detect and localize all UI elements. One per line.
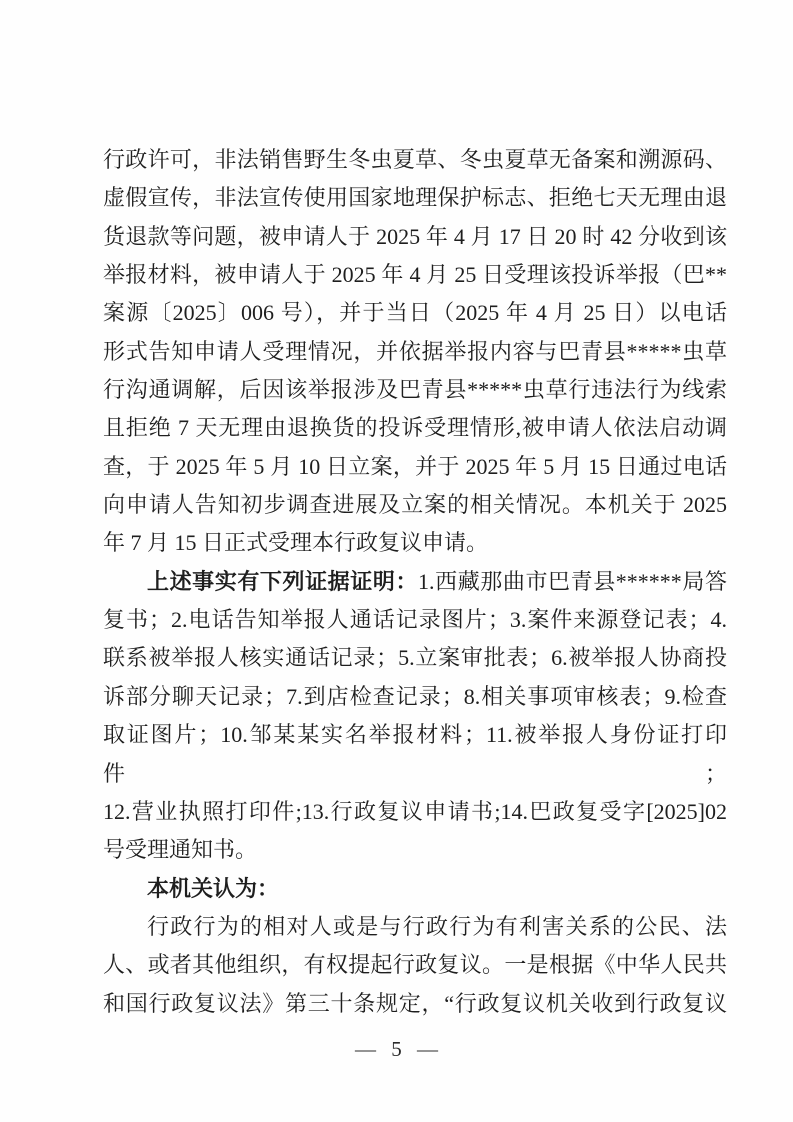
para1-line: 虚假宣传，非法宣传使用国家地理保护标志、拒绝七天无理由退 (103, 179, 727, 217)
para1-line-last: 年 7 月 15 日正式受理本行政复议申请。 (103, 524, 727, 562)
para1-line: 形式告知申请人受理情况，并依据举报内容与巴青县*****虫草 (103, 333, 727, 371)
para1-line: 向申请人告知初步调查进展及立案的相关情况。本机关于 2025 (103, 486, 727, 524)
document-body: 行政许可，非法销售野生冬虫夏草、冬虫夏草无备案和溯源码、 虚假宣传，非法宣传使用… (103, 141, 727, 1023)
page-number: — 5 — (0, 1034, 793, 1064)
evidence-line: 联系被举报人核实通话记录；5.立案审批表；6.被举报人协商投 (103, 639, 727, 677)
evidence-line-last: 号受理通知书。 (103, 831, 727, 869)
analysis-line: 人、或者其他组织，有权提起行政复议。一是根据《中华人民共 (103, 946, 727, 984)
para1-line: 查，于 2025 年 5 月 10 日立案，并于 2025 年 5 月 15 日… (103, 448, 727, 486)
para1-line: 行沟通调解，后因该举报涉及巴青县*****虫草行违法行为线索 (103, 371, 727, 409)
evidence-line: 诉部分聊天记录；7.到店检查记录；8.相关事项审核表；9.检查 (103, 678, 727, 716)
document-page: 行政许可，非法销售野生冬虫夏草、冬虫夏草无备案和溯源码、 虚假宣传，非法宣传使用… (0, 0, 793, 1122)
analysis-line: 和国行政复议法》第三十条规定，“行政复议机关收到行政复议 (103, 985, 727, 1023)
para1-line: 且拒绝 7 天无理由退换货的投诉受理情形,被申请人依法启动调 (103, 409, 727, 447)
evidence-items-start: 1.西藏那曲市巴青县******局答 (418, 569, 727, 594)
evidence-line: 12.营业执照打印件;13.行政复议申请书;14.巴政复受字[2025]02 (103, 793, 727, 831)
evidence-line: 复书；2.电话告知举报人通话记录图片；3.案件来源登记表；4. (103, 601, 727, 639)
para1-line: 行政许可，非法销售野生冬虫夏草、冬虫夏草无备案和溯源码、 (103, 141, 727, 179)
para1-line: 举报材料，被申请人于 2025 年 4 月 25 日受理该投诉举报（巴** (103, 256, 727, 294)
para1-line: 货退款等问题，被申请人于 2025 年 4 月 17 日 20 时 42 分收到… (103, 218, 727, 256)
evidence-line-first: 上述事实有下列证据证明：1.西藏那曲市巴青县******局答 (103, 563, 727, 601)
evidence-line: 取证图片；10.邹某某实名举报材料；11.被举报人身份证打印件； (103, 716, 727, 793)
opinion-heading: 本机关认为： (103, 870, 727, 908)
para1-line: 案源〔2025〕006 号），并于当日（2025 年 4 月 25 日）以电话 (103, 294, 727, 332)
analysis-line: 行政行为的相对人或是与行政行为有利害关系的公民、法 (103, 908, 727, 946)
evidence-heading: 上述事实有下列证据证明： (147, 569, 418, 594)
